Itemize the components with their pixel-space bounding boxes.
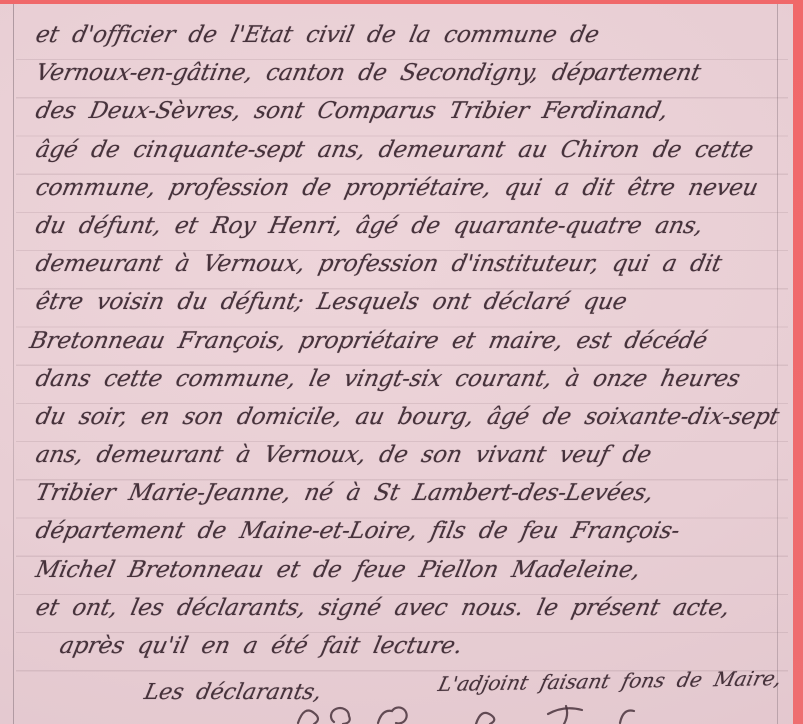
manuscript-line: Vernoux-en-gâtine, canton de Secondigny,… [32,54,796,92]
manuscript-line: dans cette commune, le vingt-six courant… [32,360,796,398]
manuscript-line: demeurant à Vernoux, profession d'instit… [32,245,796,283]
manuscript-line: âgé de cinquante-sept ans, demeurant au … [32,131,796,169]
manuscript-line: du défunt, et Roy Henri, âgé de quarante… [32,207,796,245]
signature-stroke [331,708,350,724]
scan-edge-right [793,0,803,724]
signature-stroke [476,713,494,724]
manuscript-text: et d'officier de l'Etat civil de la comm… [32,16,788,665]
partial-signatures [0,696,803,724]
manuscript-line: département de Maine-et-Loire, fils de f… [32,512,796,550]
manuscript-line: commune, profession de propriétaire, qui… [32,169,796,207]
manuscript-line: après qu'il en a été fait lecture. [32,627,796,665]
manuscript-line: Bretonneau François, propriétaire et mai… [26,322,796,360]
signature-stroke [620,711,634,724]
manuscript-line: des Deux-Sèvres, sont Comparus Tribier F… [32,92,796,130]
scan-edge-top [0,0,803,4]
signature-stroke [378,707,407,723]
manuscript-page: et d'officier de l'Etat civil de la comm… [0,0,803,724]
manuscript-line: du soir, en son domicile, au bourg, âgé … [32,398,796,436]
manuscript-line: et ont, les déclarants, signé avec nous.… [32,589,796,627]
signature-stroke [548,708,582,714]
manuscript-line: Michel Bretonneau et de feue Piellon Mad… [32,551,796,589]
manuscript-line: et d'officier de l'Etat civil de la comm… [32,16,796,54]
manuscript-line: ans, demeurant à Vernoux, de son vivant … [32,436,796,474]
manuscript-line: être voisin du défunt; Lesquels ont décl… [32,283,796,321]
margin-line-left [13,4,14,724]
signature-stroke [298,711,318,724]
adjoint-label: L'adjoint faisant fons de Maire, [436,666,784,696]
manuscript-line: Tribier Marie-Jeanne, né à St Lambert-de… [32,474,796,512]
